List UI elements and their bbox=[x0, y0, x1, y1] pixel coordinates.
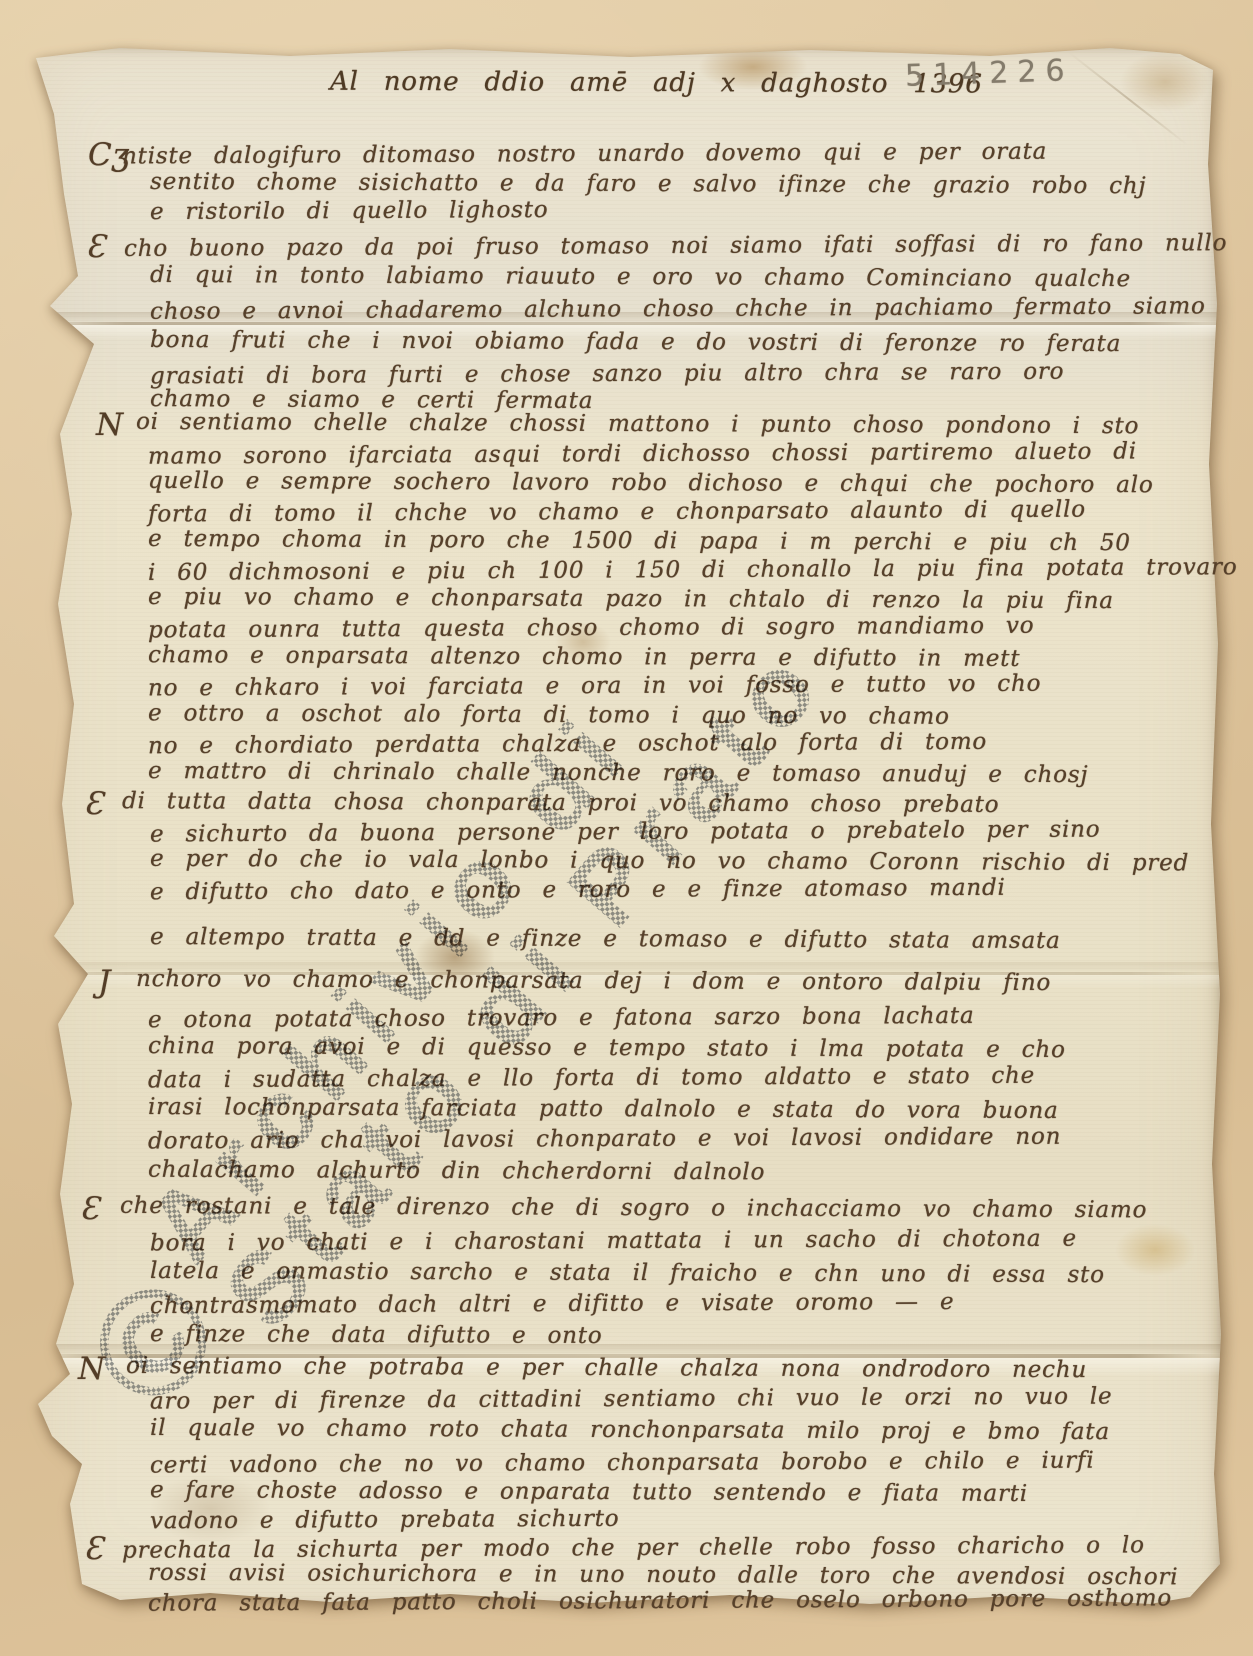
manuscript-line: di qui in tonto labiamo riauuto e oro vo… bbox=[150, 264, 1131, 291]
manuscript-line: chontrasmomato dach altri e difitto e vi… bbox=[150, 1291, 954, 1318]
manuscript-scan: Al nome ddio amē adj x daghosto 1396 514… bbox=[0, 0, 1253, 1656]
manuscript-line: potata ounra tutta questa choso chomo di… bbox=[148, 615, 1034, 643]
manuscript-line: nchoro vo chamo e chonparsata dej i dom … bbox=[136, 968, 1051, 995]
paragraph-mark: N bbox=[96, 410, 123, 441]
manuscript-line: e otona potata choso trovaro e fatona sa… bbox=[148, 1005, 975, 1032]
handwriting-layer: Al nome ddio amē adj x daghosto 1396 514… bbox=[0, 0, 1253, 1656]
paragraph-mark: J bbox=[98, 967, 110, 998]
manuscript-line: i 60 dichmosoni e piu ch 100 i 150 di ch… bbox=[148, 556, 1238, 585]
manuscript-line: e finze che data difutto e onto bbox=[150, 1323, 603, 1348]
manuscript-line: grasiati di bora furti e chose sanzo piu… bbox=[150, 361, 1064, 389]
manuscript-line: no e chkaro i voi farciata e ora in voi … bbox=[148, 673, 1041, 701]
manuscript-line: vadono e difutto prebata sichurto bbox=[150, 1508, 620, 1533]
manuscript-line: irasi lochonparsata farciata patto dalno… bbox=[148, 1096, 1059, 1123]
manuscript-line: e per do che io vala lonbo i quo no vo c… bbox=[150, 848, 1189, 876]
manuscript-line: forta di tomo il chche vo chamo e chonpa… bbox=[148, 499, 1086, 527]
manuscript-line: chalachamo alchurto din chcherdorni daln… bbox=[148, 1159, 765, 1185]
manuscript-line: e altempo tratta e dd e finze e tomaso e… bbox=[150, 926, 1061, 953]
manuscript-line: oi sentiamo chelle chalze chossi mattono… bbox=[136, 411, 1139, 438]
manuscript-line: prechata la sichurta per modo che per ch… bbox=[122, 1534, 1145, 1562]
manuscript-line: il quale vo chamo roto chata ronchonpars… bbox=[150, 1417, 1110, 1444]
manuscript-line: e sichurto da buona persone per loro pot… bbox=[150, 819, 1101, 847]
manuscript-line: e ottro a oschot alo forta di tomo i quo… bbox=[148, 702, 950, 728]
manuscript-line: oi sentiamo che potraba e per challe cha… bbox=[126, 1355, 1087, 1382]
manuscript-line: e mattro di chrinalo challe nonche roro … bbox=[148, 760, 1088, 787]
manuscript-line: choso e avnoi chadaremo alchuno choso ch… bbox=[150, 295, 1206, 324]
manuscript-line: e fare choste adosso e onparata tutto se… bbox=[150, 1479, 1028, 1506]
manuscript-line: mamo sorono ifarciata asqui tordi dichos… bbox=[148, 440, 1137, 468]
paragraph-mark: Ɛ bbox=[84, 1534, 103, 1565]
manuscript-line: dorato ario cha voi lavosi chonparato e … bbox=[148, 1126, 1061, 1154]
manuscript-line: no e chordiato perdatta chalza e oschot … bbox=[148, 731, 987, 758]
manuscript-line: e tempo choma in poro che 1500 di papa i… bbox=[148, 528, 1131, 555]
manuscript-line: e piu vo chamo e chonparsata pazo in cht… bbox=[148, 586, 1114, 613]
manuscript-line: aro per di firenze da cittadini sentiamo… bbox=[150, 1385, 1113, 1413]
manuscript-line: latela e onmastio sarcho e stata il frai… bbox=[150, 1260, 1105, 1287]
paragraph-mark: Ɛ bbox=[84, 789, 103, 820]
manuscript-line: quello e sempre sochero lavoro robo dich… bbox=[148, 470, 1154, 497]
paragraph-mark: Ɛ bbox=[80, 1194, 99, 1225]
manuscript-line: e ristorilo di quello lighosto bbox=[150, 199, 549, 224]
manuscript-line: e difutto cho dato e onto e roro e e fin… bbox=[150, 877, 1006, 904]
manuscript-line: cho buono pazo da poi fruso tomaso noi s… bbox=[124, 232, 1227, 261]
manuscript-line: chora stata fata patto choli osichurator… bbox=[148, 1587, 1172, 1615]
manuscript-line: chamo e onparsata altenzo chomo in perra… bbox=[148, 644, 1020, 671]
manuscript-line: bora i vo chati e i charostani mattata i… bbox=[150, 1228, 1077, 1256]
manuscript-line: bona fruti che i nvoi obiamo fada e do v… bbox=[150, 329, 1121, 356]
manuscript-line: di tutta datta chosa chonparata proi vo … bbox=[122, 790, 999, 817]
manuscript-line: data i sudatta chalza e llo forta di tom… bbox=[148, 1065, 1035, 1093]
archive-number-stamp: 514226 bbox=[904, 53, 1074, 94]
paragraph-mark: N bbox=[78, 1354, 105, 1385]
manuscript-line: certi vadono che no vo chamo chonparsata… bbox=[150, 1450, 1095, 1478]
manuscript-line: sentito chome sisichatto e da faro e sal… bbox=[150, 171, 1146, 198]
paragraph-mark: Ɛ bbox=[86, 232, 105, 263]
manuscript-line: china pora avoi e di quesso e tempo stat… bbox=[148, 1035, 1066, 1062]
manuscript-line: che rostani e tale direnzo che di sogro … bbox=[120, 1195, 1147, 1222]
header-dateline: Al nome ddio amē adj x daghosto 1396 bbox=[330, 69, 983, 98]
manuscript-line: ntiste dalogifuro ditomaso nostro unardo… bbox=[122, 141, 1047, 169]
